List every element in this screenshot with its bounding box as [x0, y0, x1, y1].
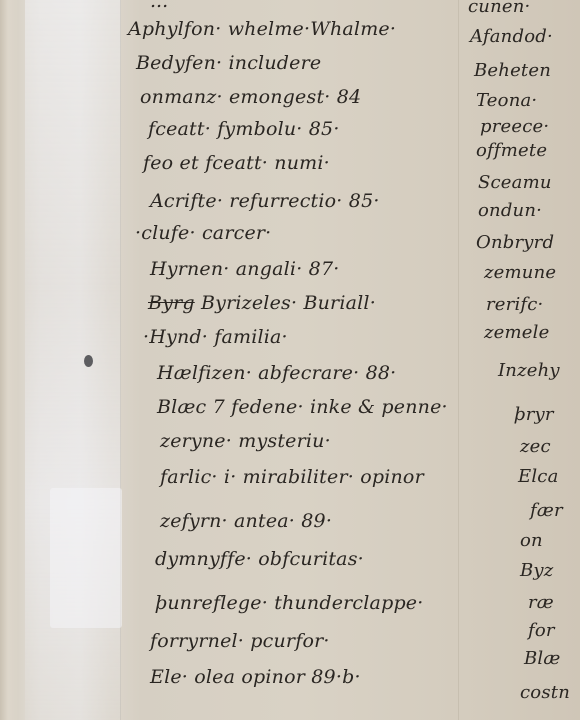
glossary-entry: Teona·: [476, 90, 537, 111]
glossary-entry: Acrifte· refurrectio· 85·: [150, 190, 380, 212]
glossary-entry: Hælfizen· abfecrare· 88·: [157, 362, 396, 384]
glossary-entry: Byz: [520, 560, 553, 581]
glossary-entry: Blæc 7 fedene· inke & penne·: [157, 396, 448, 418]
glossary-entry: Bedyfen· includere: [136, 52, 321, 74]
glossary-entry: Hyrnen· angali· 87·: [150, 258, 340, 280]
struck-word: Byrg: [148, 292, 195, 314]
glossary-entry: costn: [520, 682, 570, 703]
glossary-entry: zeryne· mysteriu·: [160, 430, 331, 452]
glossary-entry: zemele: [484, 322, 549, 343]
glossary-entry: ondun·: [478, 200, 542, 221]
glossary-entry: onmanz· emongest· 84: [140, 86, 361, 108]
column-divider: [458, 0, 459, 720]
glossary-entry: cunen·: [468, 0, 530, 17]
glossary-entry: Elca: [518, 466, 559, 487]
glossary-entry: on: [520, 530, 543, 551]
glossary-entry: fær: [530, 500, 563, 521]
glossary-entry: Beheten: [474, 60, 551, 81]
glossary-entry: zefyrn· antea· 89·: [160, 510, 332, 532]
glossary-entry: fceatt· fymbolu· 85·: [148, 118, 340, 140]
glossary-entry: Ele· olea opinor 89·b·: [150, 666, 361, 688]
glossary-entry: þryr: [514, 404, 554, 425]
glossary-entry: zec: [520, 436, 551, 457]
glossary-entry: rerifc·: [486, 294, 543, 315]
glossary-entry: offmete: [476, 140, 547, 161]
glossary-entry: dymnyffe· obfcuritas·: [155, 548, 364, 570]
glossary-entry: þunreflege· thunderclappe·: [155, 592, 424, 614]
glossary-entry: feo et fceatt· numi·: [143, 152, 330, 174]
glossary-entry: Aphylfon· whelme·Whalme·: [128, 18, 396, 40]
glossary-entry: Byrg Byrizeles· Buriall·: [148, 292, 376, 314]
glossary-entry: Afandod·: [470, 26, 553, 47]
manuscript-page: ... Aphylfon· whelme·Whalme·Bedyfen· inc…: [0, 0, 580, 720]
glossary-entry: farlic· i· mirabiliter· opinor: [160, 466, 424, 488]
glossary-entry: ·clufe· carcer·: [135, 222, 271, 244]
glossary-entry: ræ: [528, 592, 554, 613]
glossary-entry: Onbryrd: [476, 232, 554, 253]
glossary-entry: zemune: [484, 262, 556, 283]
cropped-top-line: ...: [150, 0, 168, 12]
tissue-repair-patch: [50, 488, 122, 628]
glossary-entry: Blæ: [524, 648, 561, 669]
glossary-entry: for: [528, 620, 555, 641]
glossary-entry: Inzehy: [498, 360, 560, 381]
glossary-entry: ·Hynd· familia·: [143, 326, 288, 348]
glossary-entry: forryrnel· pcurfor·: [150, 630, 330, 652]
glossary-entry: Sceamu: [478, 172, 552, 193]
ink-blot: [84, 355, 93, 367]
glossary-entry: preece·: [480, 116, 549, 137]
